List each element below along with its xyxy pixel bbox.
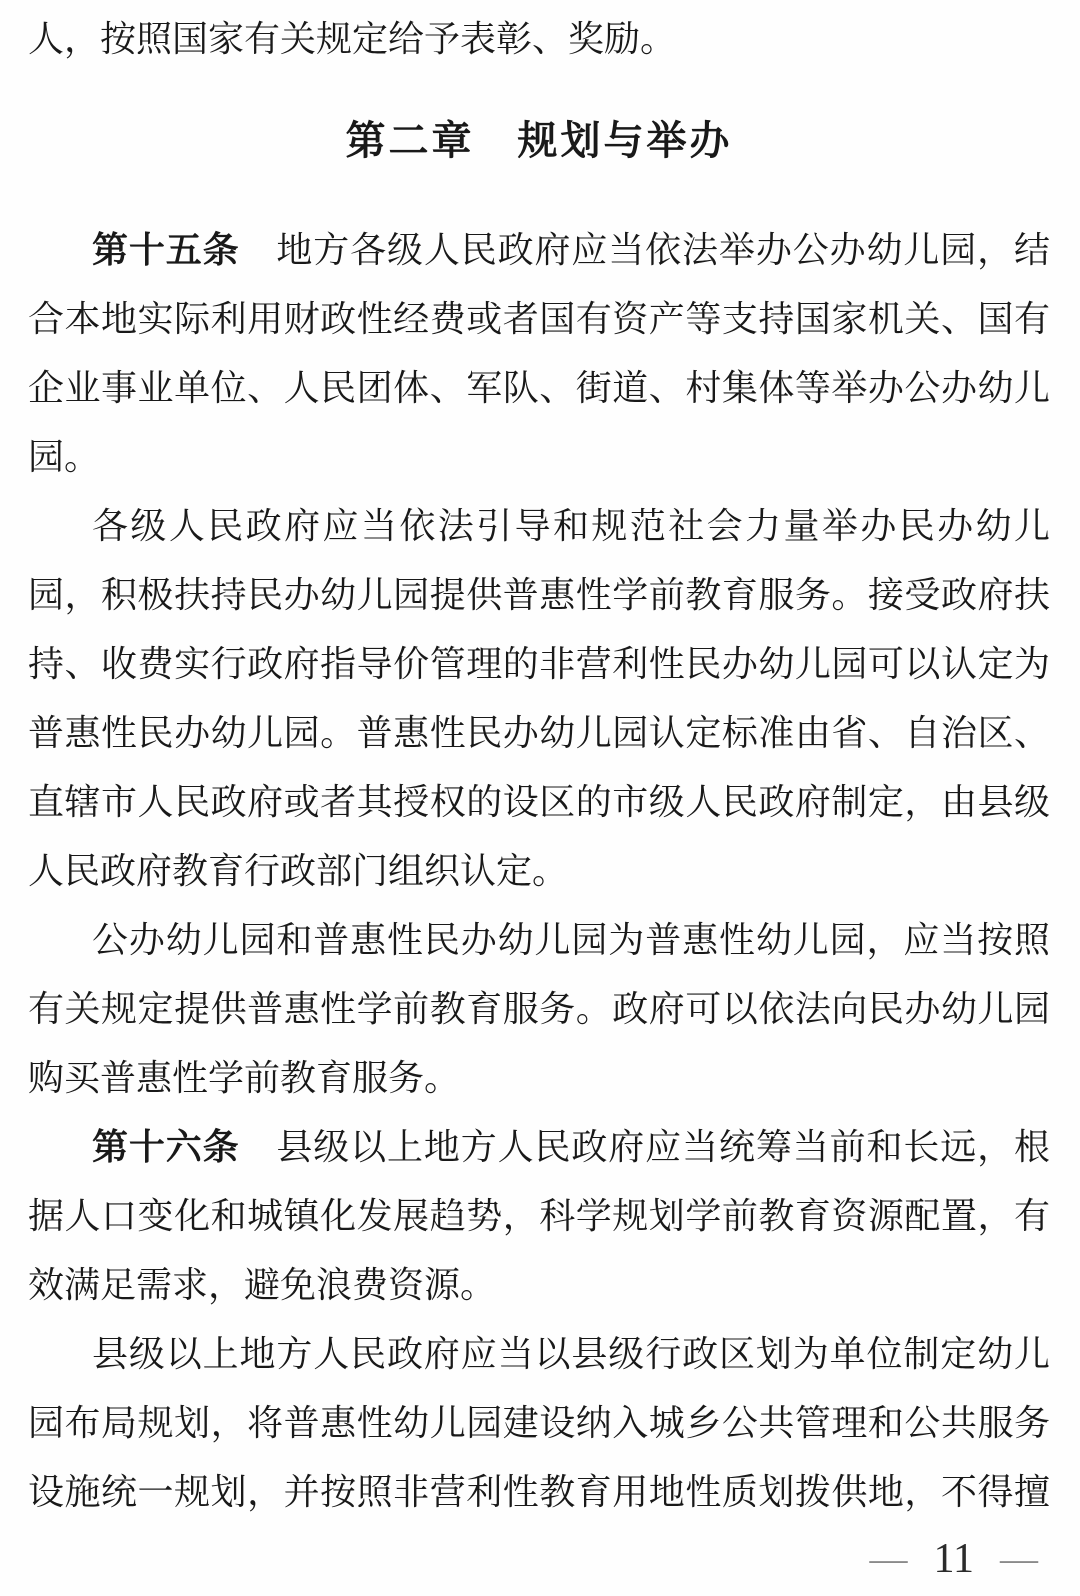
- page-footer: — 11 —: [870, 1538, 1038, 1580]
- text-segment: 企业事业单位、人民团体、军队、街道、村集体等举办公办幼儿: [28, 368, 1050, 408]
- text-line: 设施统一规划，并按照非营利性教育用地性质划拨供地，不得擅: [28, 1458, 1050, 1527]
- text-segment: 有关规定提供普惠性学前教育服务。政府可以依法向民办幼儿园: [28, 989, 1050, 1029]
- text-line: 企业事业单位、人民团体、军队、街道、村集体等举办公办幼儿: [28, 354, 1050, 423]
- text-line: 购买普惠性学前教育服务。: [28, 1044, 1050, 1113]
- text-segment: 人民政府教育行政部门组织认定。: [28, 851, 568, 891]
- article-number: 第十六条: [92, 1127, 240, 1167]
- text-line: 园布局规划，将普惠性幼儿园建设纳入城乡公共管理和公共服务: [28, 1389, 1050, 1458]
- text-line: 公办幼儿园和普惠性民办幼儿园为普惠性幼儿园，应当按照: [28, 906, 1050, 975]
- chapter-heading: 第二章 规划与举办: [28, 116, 1050, 166]
- text-segment: 普惠性民办幼儿园。普惠性民办幼儿园认定标准由省、自治区、: [28, 713, 1050, 753]
- text-segment: 地方各级人民政府应当依法举办公办幼儿园，结: [240, 230, 1050, 270]
- text-segment: 县级以上地方人民政府应当统筹当前和长远，根: [240, 1127, 1050, 1167]
- text-line: 第十五条 地方各级人民政府应当依法举办公办幼儿园，结: [28, 216, 1050, 285]
- text-line: 有关规定提供普惠性学前教育服务。政府可以依法向民办幼儿园: [28, 975, 1050, 1044]
- text-line: 园。: [28, 423, 1050, 492]
- text-segment: 县级以上地方人民政府应当以县级行政区划为单位制定幼儿: [92, 1334, 1050, 1374]
- text-line: 人民政府教育行政部门组织认定。: [28, 837, 1050, 906]
- text-segment: 园，积极扶持民办幼儿园提供普惠性学前教育服务。接受政府扶: [28, 575, 1050, 615]
- text-line: 县级以上地方人民政府应当以县级行政区划为单位制定幼儿: [28, 1320, 1050, 1389]
- text-segment: 购买普惠性学前教育服务。: [28, 1058, 460, 1098]
- text-segment: 效满足需求，避免浪费资源。: [28, 1265, 496, 1305]
- text-segment: 设施统一规划，并按照非营利性教育用地性质划拨供地，不得擅: [28, 1472, 1050, 1512]
- text-line: 直辖市人民政府或者其授权的设区的市级人民政府制定，由县级: [28, 768, 1050, 837]
- footer-dash-right: —: [1000, 1540, 1038, 1578]
- document-page: 人，按照国家有关规定给予表彰、奖励。 第二章 规划与举办 第十五条 地方各级人民…: [0, 0, 1080, 1596]
- text-segment: 据人口变化和城镇化发展趋势，科学规划学前教育资源配置，有: [28, 1196, 1050, 1236]
- article-number: 第十五条: [92, 230, 240, 270]
- text-line: 各级人民政府应当依法引导和规范社会力量举办民办幼儿: [28, 492, 1050, 561]
- text-line: 据人口变化和城镇化发展趋势，科学规划学前教育资源配置，有: [28, 1182, 1050, 1251]
- text-line: 普惠性民办幼儿园。普惠性民办幼儿园认定标准由省、自治区、: [28, 699, 1050, 768]
- text-line: 园，积极扶持民办幼儿园提供普惠性学前教育服务。接受政府扶: [28, 561, 1050, 630]
- page-number: 11: [934, 1538, 974, 1580]
- document-body: 第十五条 地方各级人民政府应当依法举办公办幼儿园，结合本地实际利用财政性经费或者…: [28, 216, 1050, 1527]
- text-segment: 合本地实际利用财政性经费或者国有资产等支持国家机关、国有: [28, 299, 1050, 339]
- text-line: 合本地实际利用财政性经费或者国有资产等支持国家机关、国有: [28, 285, 1050, 354]
- text-segment: 公办幼儿园和普惠性民办幼儿园为普惠性幼儿园，应当按照: [92, 920, 1050, 960]
- text-segment: 各级人民政府应当依法引导和规范社会力量举办民办幼儿: [92, 506, 1050, 546]
- text-line: 第十六条 县级以上地方人民政府应当统筹当前和长远，根: [28, 1113, 1050, 1182]
- text-segment: 直辖市人民政府或者其授权的设区的市级人民政府制定，由县级: [28, 782, 1050, 822]
- continuation-line: 人，按照国家有关规定给予表彰、奖励。: [28, 5, 1050, 74]
- text-segment: 园。: [28, 437, 100, 477]
- text-segment: 园布局规划，将普惠性幼儿园建设纳入城乡公共管理和公共服务: [28, 1403, 1050, 1443]
- text-segment: 持、收费实行政府指导价管理的非营利性民办幼儿园可以认定为: [28, 644, 1050, 684]
- text-line: 持、收费实行政府指导价管理的非营利性民办幼儿园可以认定为: [28, 630, 1050, 699]
- footer-dash-left: —: [870, 1540, 908, 1578]
- text-line: 效满足需求，避免浪费资源。: [28, 1251, 1050, 1320]
